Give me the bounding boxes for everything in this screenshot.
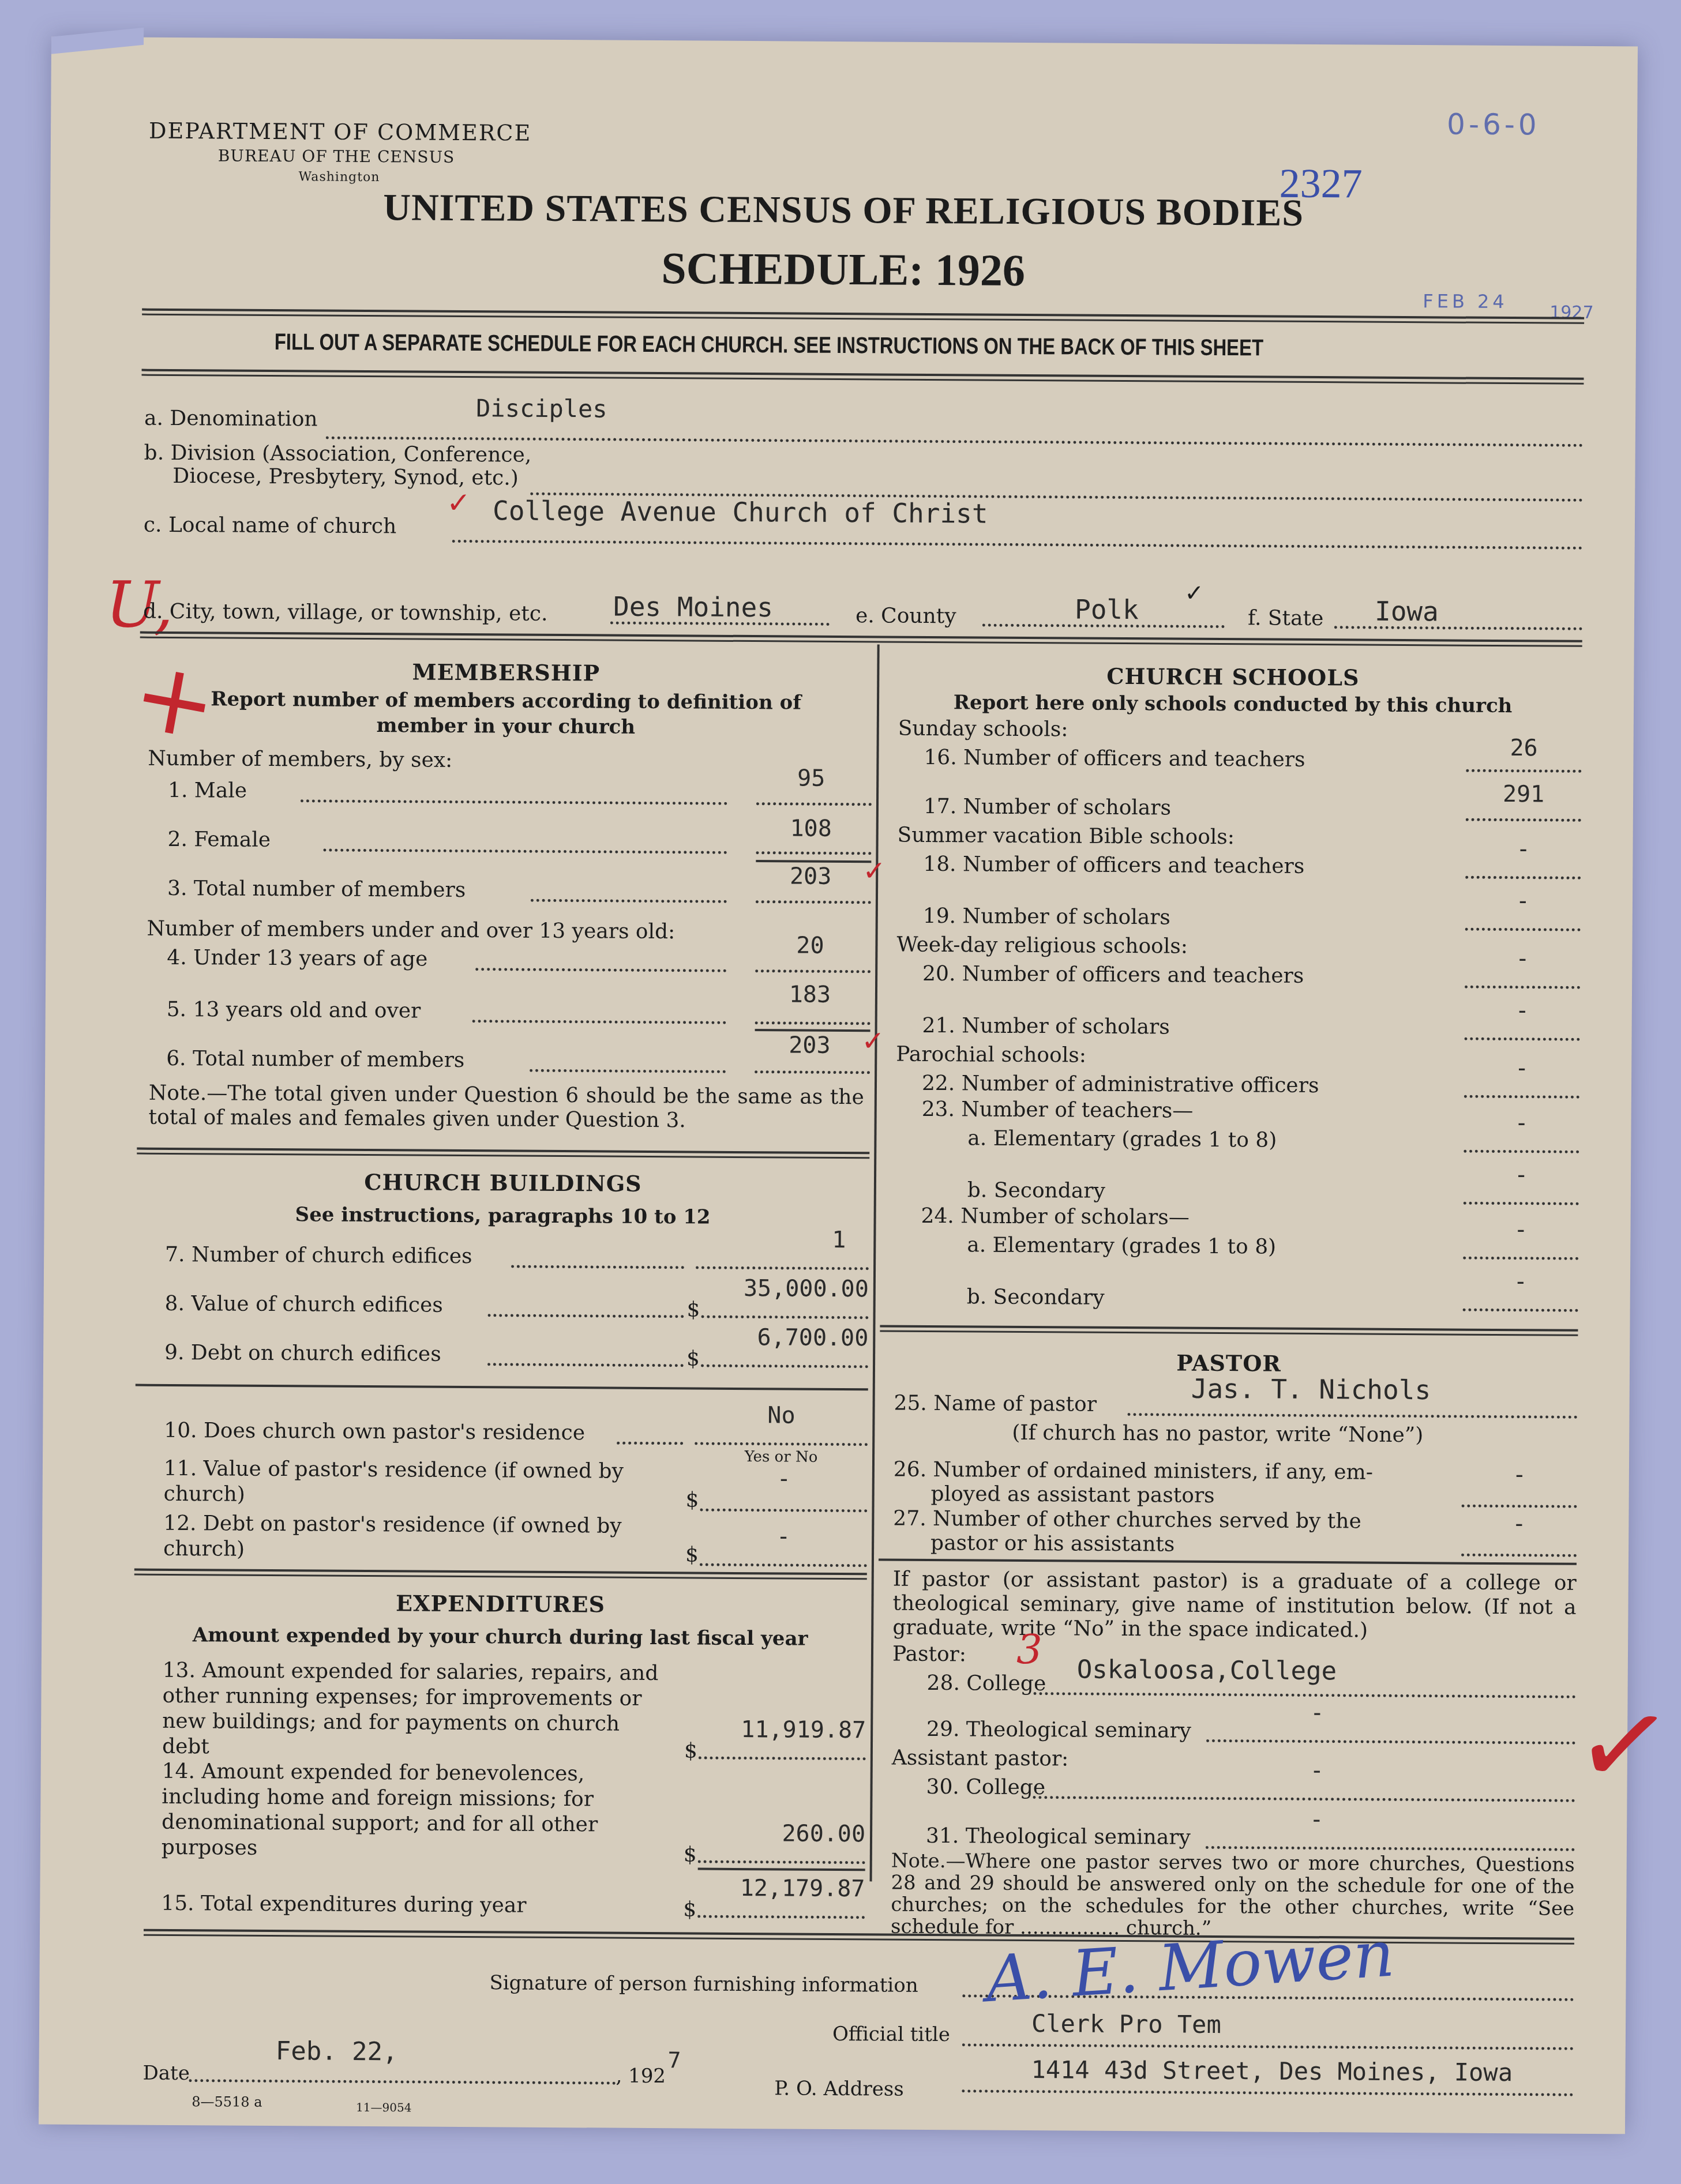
expenditures-heading: EXPENDITURES [134,1589,866,1619]
membership-note: Note.—The total given under Question 6 s… [149,1081,864,1134]
q24b-line [1463,1309,1578,1312]
q5-value[interactable]: 183 [749,981,870,1008]
q13-dollar: $ [684,1739,697,1762]
q18-line [1465,876,1581,879]
signature-label: Signature of person furnishing informati… [489,1971,918,1997]
red-check-mark-large: ✓ [1566,1672,1681,1819]
local-name-line [452,540,1583,550]
q28-label: 28. College [927,1671,1046,1696]
yes-no-hint: Yes or No [695,1448,868,1466]
q16-label: 16. Number of officers and teachers [924,746,1305,772]
pastor-name-hint: (If church has no pastor, write “None”) [1012,1421,1423,1447]
q24b-value[interactable]: - [1463,1268,1578,1295]
q8-dollar: $ [686,1298,700,1321]
official-title-label: Official title [832,2023,950,2046]
denomination-label: a. Denomination [144,407,318,431]
q11-line [700,1509,867,1513]
q16-line [1466,769,1581,773]
q18-value[interactable]: - [1465,836,1581,863]
official-title-value[interactable]: Clerk Pro Tem [1031,2009,1221,2039]
summer-schools-label: Summer vacation Bible schools: [898,824,1235,849]
address-line [962,2089,1573,2096]
header-rule [142,309,1584,324]
q8-line [701,1315,869,1320]
denomination-value[interactable]: Disciples [476,394,607,423]
q13-value[interactable]: 11,919.87 [699,1716,866,1744]
q8-leader [488,1314,684,1318]
assistant-subsection-label: Assistant pastor: [892,1746,1069,1771]
city-line [610,622,830,626]
q4-leader [475,968,726,972]
q2-label: 2. Female [167,828,271,852]
q9-line [701,1364,868,1369]
state-label: f. State [1248,606,1324,630]
q19-line [1465,928,1581,931]
q4-label: 4. Under 13 years of age [167,946,427,971]
city-value[interactable]: Des Moines [613,591,773,623]
schools-subheading: Report here only schools conducted by th… [884,690,1582,717]
q15-dollar: $ [683,1897,696,1921]
q23a-label: a. Elementary (grades 1 to 8) [967,1126,1277,1152]
q2-value[interactable]: 108 [751,815,872,842]
q14-dollar: $ [684,1843,697,1866]
pastor-name-line [1128,1413,1578,1419]
q6-line [755,1070,870,1074]
q10-line [695,1442,868,1446]
q8-value[interactable]: 35,000.00 [701,1275,869,1303]
pastor-subsection-label: Pastor: [892,1642,966,1667]
q19-value[interactable]: - [1465,888,1581,915]
q27-line [1461,1554,1577,1557]
q26-label-2: ployed as assistant pastors [931,1482,1215,1508]
q27-value[interactable]: - [1461,1510,1577,1538]
q28-line [1034,1692,1576,1698]
q21-value[interactable]: - [1465,997,1580,1024]
by-age-label: Number of members under and over 13 year… [147,917,676,944]
q24a-value[interactable]: - [1463,1216,1578,1243]
q23b-label: b. Secondary [967,1178,1105,1202]
state-value[interactable]: Iowa [1375,596,1439,627]
schools-heading: CHURCH SCHOOLS [884,661,1582,691]
address-label: P. O. Address [774,2077,904,2100]
q5-leader [472,1020,726,1024]
q5-line [755,1021,870,1025]
schools-rule [880,1325,1578,1336]
q26-label-1: 26. Number of ordained ministers, if any… [894,1458,1373,1484]
q21-label: 21. Number of scholars [922,1014,1170,1039]
q9-label: 9. Debt on church edifices [164,1341,441,1366]
red-check-mark: ✓ [861,1025,885,1057]
buildings-rule [134,1569,867,1580]
q26-value[interactable]: - [1462,1461,1577,1488]
q17-value[interactable]: 291 [1466,781,1581,808]
q11-dollar: $ [685,1488,699,1512]
q7-value[interactable]: 1 [690,1226,869,1253]
q24-label: 24. Number of scholars— [921,1204,1189,1230]
q8-label: 8. Value of church edifices [165,1292,443,1317]
official-title-line [962,2043,1574,2050]
q13-label: 13. Amount expended for salaries, repair… [162,1658,670,1762]
county-value[interactable]: Polk [1075,593,1139,625]
q7-line [696,1266,869,1270]
q26-line [1462,1505,1577,1508]
q1-value[interactable]: 95 [751,765,872,792]
print-number: 11—9054 [356,2100,412,2115]
red-check-mark: ✓ [446,486,471,520]
q28-value[interactable]: Oskaloosa,College [1077,1655,1337,1686]
division-label-1: b. Division (Association, Conference, [144,441,532,467]
department-name: DEPARTMENT OF COMMERCE [149,118,531,146]
red-check-mark: ✓ [862,855,886,887]
banner-rule [141,369,1584,385]
q14-sum-rule [698,1868,865,1871]
pastor-mid-rule [879,1558,1577,1565]
q27-label-1: 27. Number of other churches served by t… [893,1507,1361,1533]
q20-value[interactable]: - [1465,945,1580,972]
q5-label: 5. 13 years old and over [167,998,421,1023]
q20-label: 20. Number of officers and teachers [922,962,1304,988]
q10-value[interactable]: No [695,1401,868,1429]
q12-dollar: $ [685,1543,699,1566]
pastor-name-label: 25. Name of pastor [894,1392,1097,1416]
q14-label: 14. Amount expended for benevolences, in… [162,1759,670,1863]
q6-label: 6. Total number of members [166,1047,464,1072]
stamp-code: 0-6-0 [1447,107,1540,141]
q31-label: 31. Theological seminary [926,1824,1191,1850]
q9-dollar: $ [686,1347,700,1370]
q9-leader [487,1363,684,1367]
education-intro: If pastor (or assistant pastor) is a gra… [892,1567,1577,1644]
q17-label: 17. Number of scholars [924,795,1171,820]
q12-value[interactable]: - [700,1523,867,1551]
q22-label: 22. Number of administrative officers [922,1072,1319,1097]
q6-leader [530,1069,726,1073]
q17-line [1466,818,1581,822]
form-title: UNITED STATES CENSUS OF RELIGIOUS BODIES [50,184,1637,238]
weekday-schools-label: Week-day religious schools: [896,933,1188,958]
q15-line [697,1915,865,1919]
q13-line [699,1757,866,1761]
date-value[interactable]: Feb. 22, [276,2036,398,2066]
membership-subheading: Report number of members according to de… [180,686,832,741]
buildings-mid-rule [136,1384,868,1391]
q23b-value[interactable]: - [1464,1161,1579,1189]
by-sex-label: Number of members, by sex: [148,747,452,772]
q3-value[interactable]: 203 [750,863,871,890]
q4-line [755,969,870,973]
local-church-name-label: c. Local name of church [144,513,397,539]
q29-line [1206,1739,1575,1745]
buildings-subheading: See instructions, paragraphs 10 to 12 [136,1202,869,1230]
form-number: 8—5518 a [192,2093,262,2110]
q23b-line [1464,1202,1579,1205]
county-label: e. County [855,604,956,628]
q2-line [756,851,871,855]
q3-line [756,900,871,904]
q11-value[interactable]: - [700,1465,868,1493]
expenditures-subheading: Amount expended by your church during la… [134,1623,866,1651]
q24a-label: a. Elementary (grades 1 to 8) [967,1233,1276,1258]
identification-rule [140,631,1582,647]
bureau-name: BUREAU OF THE CENSUS [218,146,455,167]
q23a-line [1464,1150,1579,1153]
q10-label: 10. Does church own pastor's residence [164,1419,585,1445]
q20-line [1465,986,1580,989]
q27-label-2: pastor or his assistants [930,1531,1175,1557]
q2-leader [323,849,727,854]
q22-line [1464,1095,1579,1099]
q22-value[interactable]: - [1464,1055,1579,1082]
address-value[interactable]: 1414 43d Street, Des Moines, Iowa [1031,2055,1513,2087]
q30-label: 30. College [926,1775,1045,1799]
q7-label: 7. Number of church edifices [165,1243,472,1268]
year-prefix: , 192 [616,2065,666,2088]
q4-value[interactable]: 20 [749,932,870,959]
q23a-value[interactable]: - [1464,1110,1579,1137]
q14-line [698,1860,865,1865]
q31-line [1206,1846,1575,1851]
q6-value[interactable]: 203 [749,1032,870,1059]
q10-leader [617,1442,683,1445]
q31-value[interactable]: - [1309,1806,1323,1833]
q9-value[interactable]: 6,700.00 [701,1324,868,1352]
buildings-heading: CHURCH BUILDINGS [137,1168,869,1198]
local-church-name-value[interactable]: College Avenue Church of Christ [493,495,988,529]
county-line [982,624,1225,629]
q3-leader [531,899,727,903]
q24b-label: b. Secondary [967,1285,1105,1309]
check-mark: ✓ [1184,580,1204,607]
q29-label: 29. Theological seminary [926,1717,1191,1743]
q30-value[interactable]: - [1310,1757,1324,1784]
city-label: d. City, town, village, or township, etc… [143,600,548,626]
q14-value[interactable]: 260.00 [698,1820,865,1848]
red-number-mark: 3 [1016,1626,1042,1673]
q18-label: 18. Number of officers and teachers [923,852,1304,878]
sunday-schools-label: Sunday schools: [898,717,1068,742]
q3-label: 3. Total number of members [167,877,466,902]
q1-label: 1. Male [168,779,247,803]
q1-line [756,802,872,806]
q16-value[interactable]: 26 [1466,735,1581,762]
state-line [1334,626,1582,630]
location-name: Washington [299,170,380,185]
q12-label: 12. Debt on pastor's residence (if owned… [163,1511,671,1565]
q11-label: 11. Value of pastor's residence (if owne… [164,1456,672,1510]
q24a-line [1463,1257,1578,1260]
membership-rule [137,1148,869,1159]
q21-line [1464,1038,1579,1041]
schedule-year: SCHEDULE: 1926 [50,239,1636,300]
census-schedule-sheet: DEPARTMENT OF COMMERCE BUREAU OF THE CEN… [39,37,1638,2134]
membership-heading: MEMBERSHIP [140,657,872,688]
q15-value[interactable]: 12,179.87 [697,1875,865,1903]
instruction-banner: FILL OUT A SEPARATE SCHEDULE FOR EACH CH… [275,329,1263,361]
q30-line [1033,1796,1575,1802]
q29-value[interactable]: - [1310,1700,1324,1726]
q19-label: 19. Number of scholars [923,904,1170,930]
q1-leader [301,799,727,805]
pastor-name-value[interactable]: Jas. T. Nichols [1191,1373,1431,1406]
q23-label: 23. Number of teachers— [922,1097,1194,1123]
year-suffix[interactable]: 7 [668,2047,681,2073]
parochial-schools-label: Parochial schools: [896,1043,1086,1067]
date-line [189,2079,616,2085]
date-label: Date [142,2062,190,2085]
q7-leader [511,1265,684,1269]
q15-label: 15. Total expenditures during year [161,1892,526,1918]
q12-line [700,1563,867,1567]
